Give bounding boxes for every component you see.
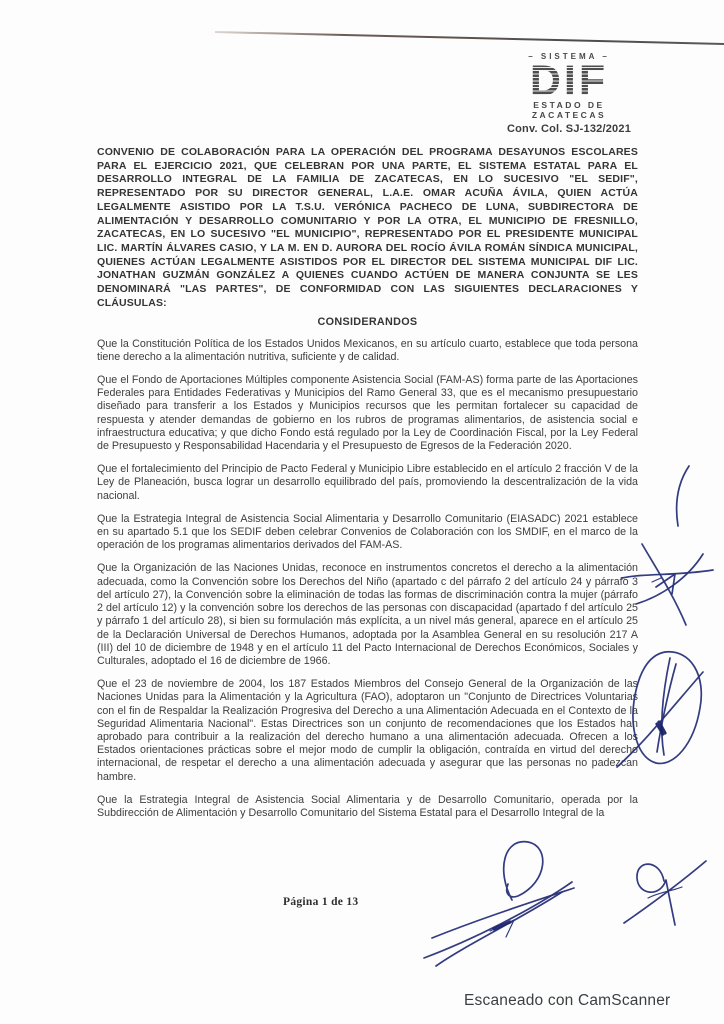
considerando-paragraph-2: Que el Fondo de Aportaciones Múltiples c… (97, 374, 638, 453)
considerando-paragraph-7: Que la Estrategia Integral de Asistencia… (97, 794, 638, 820)
document-body: CONVENIO DE COLABORACIÓN PARA LA OPERACI… (97, 146, 638, 820)
signature-margin-1 (616, 538, 718, 630)
page-number: Página 1 de 13 (283, 896, 358, 908)
considerandos-heading: CONSIDERANDOS (97, 316, 638, 329)
considerando-paragraph-6: Que el 23 de noviembre de 2004, los 187 … (97, 678, 638, 784)
intro-paragraph: CONVENIO DE COLABORACIÓN PARA LA OPERACI… (97, 146, 638, 310)
signature-bottom-right (620, 853, 710, 931)
scan-edge-artifact (215, 31, 724, 45)
camscanner-watermark: Escaneado con CamScanner (464, 992, 670, 1010)
dif-logo: – SISTEMA – DIF ESTADO DE ZACATECAS Conv… (498, 52, 640, 135)
scanned-page: – SISTEMA – DIF ESTADO DE ZACATECAS Conv… (0, 0, 724, 1024)
signature-margin-2 (613, 646, 717, 774)
signature-bottom-center (402, 830, 578, 972)
considerando-paragraph-4: Que la Estrategia Integral de Asistencia… (97, 513, 638, 553)
convenio-reference-number: Conv. Col. SJ-132/2021 (498, 123, 640, 135)
logo-zacatecas-label: ZACATECAS (498, 111, 640, 121)
logo-dif-wordmark: DIF (498, 61, 640, 101)
considerando-paragraph-5: Que la Organización de las Naciones Unid… (97, 562, 638, 668)
considerando-paragraph-1: Que la Constitución Política de los Esta… (97, 338, 638, 364)
signature-pen-stroke (663, 463, 699, 529)
considerando-paragraph-3: Que el fortalecimiento del Principio de … (97, 463, 638, 503)
